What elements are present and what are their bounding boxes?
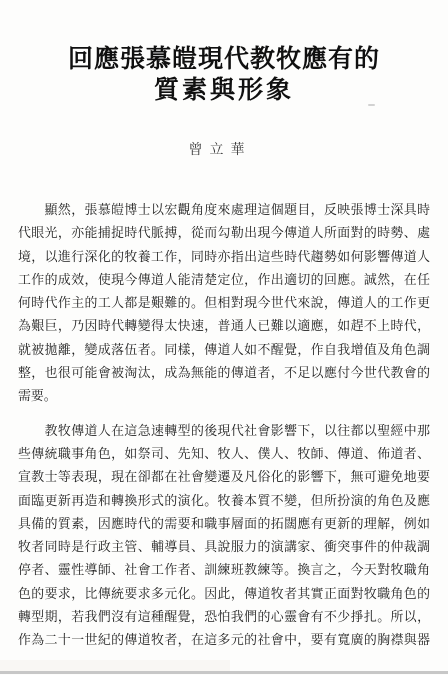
page-title-line2: 質素與形象 (154, 76, 294, 104)
text-line: 為艱巨，乃因時代轉變得太快速，普通人已難以適應，如趕不上時代， (18, 315, 430, 338)
scan-smudge (0, 660, 230, 671)
text-line: 何時代作主的工人都是艱難的。但相對現今世代來說，傳道人的工作更 (18, 292, 430, 315)
text-line: 作為二十一世紀的傳道牧者，在這多元的社會中，要有寬廣的胸襟與器 (18, 629, 430, 652)
text-line: 轉型期，若我們沒有這種醒覺，恐怕我們的心靈會有不少掙扎。所以， (18, 606, 430, 629)
document-page: 回應張慕皚現代教牧應有的 質素與形象 曾立華 顯然，張慕皚博士以宏觀角度來處理這… (0, 0, 448, 675)
text-line: 就被拋離，變成落伍者。同樣，傳道人如不醒覺，作自我增值及角色調 (18, 339, 430, 362)
text-line: 具備的質素，因應時代的需要和職事層面的拓闊應有更新的理解，例如 (18, 513, 430, 536)
text-line: 些傳統職事角色，如祭司、先知、牧人、僕人、牧師、傳道、佈道者、 (18, 443, 430, 466)
page-title: 回應張慕皚現代教牧應有的 質素與形象 (0, 44, 448, 106)
paragraph: 教牧傳道人在這急速轉型的後現代社會影響下，以往都以聖經中那些傳統職事角色，如祭司… (18, 420, 430, 653)
text-line: 牧者同時是行政主管、輔導員、具說服力的演講家、衝突事件的仲裁調 (18, 536, 430, 559)
content: 顯然，張慕皚博士以宏觀角度來處理這個題目，反映張博士深具時代眼光，亦能捕捉時代脈… (18, 199, 430, 653)
scan-artifact-mark (368, 104, 375, 106)
text-line: 宣教士等表現，現在卻都在社會變遷及凡俗化的影響下，無可避免地要 (18, 466, 430, 489)
text-line: 需要。 (18, 385, 430, 408)
scan-page-edge-line (0, 671, 448, 674)
text-line: 面臨更新再造和轉換形式的演化。牧養本質不變，但所扮演的角色及應 (18, 490, 430, 513)
text-line: 停者、靈性導師、社會工作者、訓練班教練等。換言之，今天對牧職角 (18, 559, 430, 582)
paragraph: 顯然，張慕皚博士以宏觀角度來處理這個題目，反映張博士深具時代眼光，亦能捕捉時代脈… (18, 199, 430, 409)
text-line: 整，也很可能會被淘汰，成為無能的傳道者，不足以應付今世代教會的 (18, 362, 430, 385)
text-line: 境，以進行深化的牧養工作，同時亦指出這些時代趨勢如何影響傳道人 (18, 246, 430, 269)
text-line: 工作的成效，使現今傳道人能清楚定位，作出適切的回應。誠然，在任 (18, 269, 430, 292)
author-name: 曾立華 (0, 141, 440, 161)
text-line: 代眼光，亦能捕捉時代脈搏，從而勾勒出現今傳道人所面對的時勢、處 (18, 222, 430, 245)
text-line: 色的要求，比傳統要求多元化。因此，傳道牧者其實正面對牧職角色的 (18, 583, 430, 606)
text-line: 顯然，張慕皚博士以宏觀角度來處理這個題目，反映張博士深具時 (18, 199, 430, 222)
text-line: 教牧傳道人在這急速轉型的後現代社會影響下，以往都以聖經中那 (18, 420, 430, 443)
page-title-line1: 回應張慕皚現代教牧應有的 (68, 45, 380, 73)
